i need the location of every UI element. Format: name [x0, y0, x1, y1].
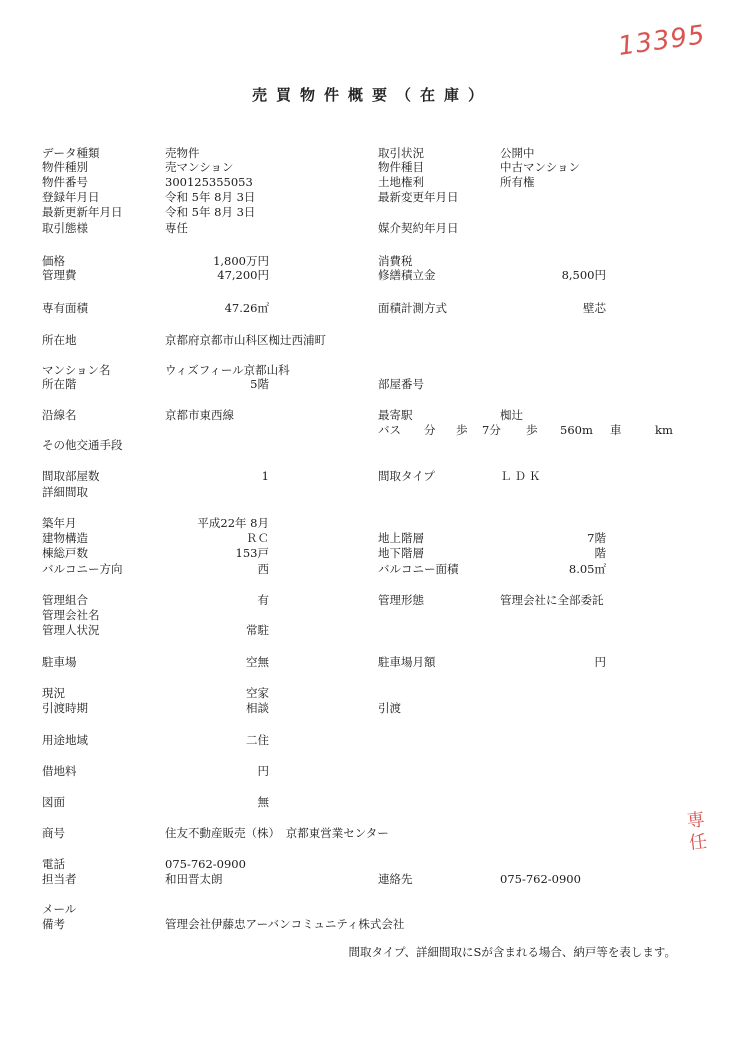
floors-below-label: 地下階層	[378, 546, 424, 560]
access-walk-min: 7分	[482, 423, 501, 437]
current-status-label: 現況	[42, 686, 65, 700]
land-rent-value: 円	[258, 764, 270, 778]
repair-reserve-value: 8,500円	[562, 268, 606, 282]
remarks-value: 管理会社伊藤忠アーバンコミュニティ株式会社	[165, 917, 404, 931]
property-item-label: 物件種目	[378, 160, 424, 174]
floor-value: 5階	[250, 377, 269, 391]
management-union-value: 有	[258, 593, 270, 607]
management-form-label: 管理形態	[378, 593, 424, 607]
person-in-charge-value: 和田晋太朗	[165, 872, 223, 886]
person-in-charge-label: 担当者	[42, 872, 77, 886]
access-bus-min: 分	[424, 423, 436, 437]
room-count-value: 1	[262, 469, 269, 483]
transaction-status-label: 取引状況	[378, 146, 424, 160]
manager-status-label: 管理人状況	[42, 623, 100, 637]
total-units-value: 153戸	[236, 546, 269, 560]
management-company-label: 管理会社名	[42, 608, 100, 622]
registered-date-value: 令和 5年 8月 3日	[165, 190, 255, 204]
remarks-label: 備考	[42, 917, 65, 931]
transaction-mode-label: 取引態様	[42, 221, 88, 235]
balcony-direction-value: 西	[258, 562, 270, 576]
line-name-label: 沿線名	[42, 408, 77, 422]
land-rent-label: 借地料	[42, 764, 77, 778]
drawing-label: 図面	[42, 795, 65, 809]
mansion-name-value: ウィズフィール京都山科	[165, 363, 290, 377]
access-walk1: 歩	[456, 423, 468, 437]
management-form-value: 管理会社に全部委託	[500, 593, 604, 607]
layout-detail-label: 詳細間取	[42, 485, 88, 499]
transaction-mode-value: 専任	[165, 221, 188, 235]
parking-label: 駐車場	[42, 655, 77, 669]
property-type-label: 物件種別	[42, 160, 88, 174]
brokerage-contract-date-label: 媒介契約年月日	[378, 221, 459, 235]
zoning-label: 用途地域	[42, 733, 88, 747]
other-transport-label: その他交通手段	[42, 438, 123, 452]
transaction-status-value: 公開中	[500, 146, 535, 160]
management-union-label: 管理組合	[42, 593, 88, 607]
floor-label: 所在階	[42, 377, 77, 391]
data-type-value: 売物件	[165, 146, 200, 160]
phone-value: 075-762-0900	[165, 857, 246, 871]
nearest-station-value: 椥辻	[500, 408, 523, 422]
drawing-value: 無	[258, 795, 270, 809]
management-fee-label: 管理費	[42, 268, 77, 282]
zoning-value: 二住	[246, 733, 269, 747]
handwritten-mark: 専任	[686, 809, 712, 855]
floors-above-label: 地上階層	[378, 531, 424, 545]
exclusive-area-value: 47.26㎡	[225, 301, 269, 315]
access-bus-label: バス	[378, 423, 401, 437]
handwritten-number: 13395	[616, 20, 707, 62]
current-status-value: 空家	[246, 686, 269, 700]
property-type-value: 売マンション	[165, 160, 233, 174]
total-units-label: 棟総戸数	[42, 546, 88, 560]
access-km: km	[655, 423, 673, 437]
layout-type-label: 間取タイプ	[378, 469, 435, 483]
updated-date-value: 令和 5年 8月 3日	[165, 205, 255, 219]
latest-change-date-label: 最新変更年月日	[378, 190, 459, 204]
access-car: 車	[610, 423, 622, 437]
floors-above-value: 7階	[587, 531, 606, 545]
email-label: メール	[42, 902, 76, 916]
registered-date-label: 登録年月日	[42, 190, 100, 204]
footnote: 間取タイプ、詳細間取にSが含まれる場合、納戸等を表します。	[349, 945, 676, 959]
land-rights-value: 所有権	[500, 175, 535, 189]
management-fee-value: 47,200円	[217, 268, 269, 282]
access-walk-dist: 560m	[560, 423, 593, 437]
parking-monthly-label: 駐車場月額	[378, 655, 436, 669]
line-name-value: 京都市東西線	[165, 408, 234, 422]
balcony-direction-label: バルコニー方向	[42, 562, 123, 576]
parking-value: 空無	[246, 655, 269, 669]
location-value: 京都府京都市山科区椥辻西浦町	[165, 333, 326, 347]
location-label: 所在地	[42, 333, 77, 347]
structure-value: ＲＣ	[246, 531, 269, 545]
balcony-area-label: バルコニー面積	[378, 562, 459, 576]
data-type-label: データ種類	[42, 146, 100, 160]
trade-name-label: 商号	[42, 826, 65, 840]
room-number-label: 部屋番号	[378, 377, 424, 391]
built-value: 平成22年 8月	[197, 516, 269, 530]
updated-date-label: 最新更新年月日	[42, 205, 123, 219]
handover-timing-label: 引渡時期	[42, 701, 88, 715]
price-label: 価格	[42, 254, 65, 268]
room-count-label: 間取部屋数	[42, 469, 100, 483]
manager-status-value: 常駐	[246, 623, 269, 637]
nearest-station-label: 最寄駅	[378, 408, 413, 422]
built-label: 築年月	[42, 516, 77, 530]
consumption-tax-label: 消費税	[378, 254, 413, 268]
mansion-name-label: マンション名	[42, 363, 110, 377]
handover-label: 引渡	[378, 701, 401, 715]
price-value: 1,800万円	[213, 254, 269, 268]
parking-monthly-value: 円	[595, 655, 607, 669]
area-method-label: 面積計測方式	[378, 301, 447, 315]
access-walk2: 歩	[526, 423, 538, 437]
land-rights-label: 土地権利	[378, 175, 424, 189]
property-number-label: 物件番号	[42, 175, 88, 189]
phone-label: 電話	[42, 857, 65, 871]
contact-label: 連絡先	[378, 872, 413, 886]
floors-below-value: 階	[595, 546, 607, 560]
exclusive-area-label: 専有面積	[42, 301, 88, 315]
repair-reserve-label: 修繕積立金	[378, 268, 436, 282]
area-method-value: 壁芯	[583, 301, 606, 315]
contact-value: 075-762-0900	[500, 872, 581, 886]
property-number-value: 300125355053	[165, 175, 253, 189]
page-title: 売買物件概要（在庫）	[0, 84, 744, 105]
property-item-value: 中古マンション	[500, 160, 580, 174]
handover-timing-value: 相談	[246, 701, 269, 715]
trade-name-value: 住友不動産販売（株） 京都東営業センター	[165, 826, 389, 840]
layout-type-value: ＬＤＫ	[500, 469, 544, 483]
balcony-area-value: 8.05㎡	[569, 562, 606, 576]
structure-label: 建物構造	[42, 531, 88, 545]
